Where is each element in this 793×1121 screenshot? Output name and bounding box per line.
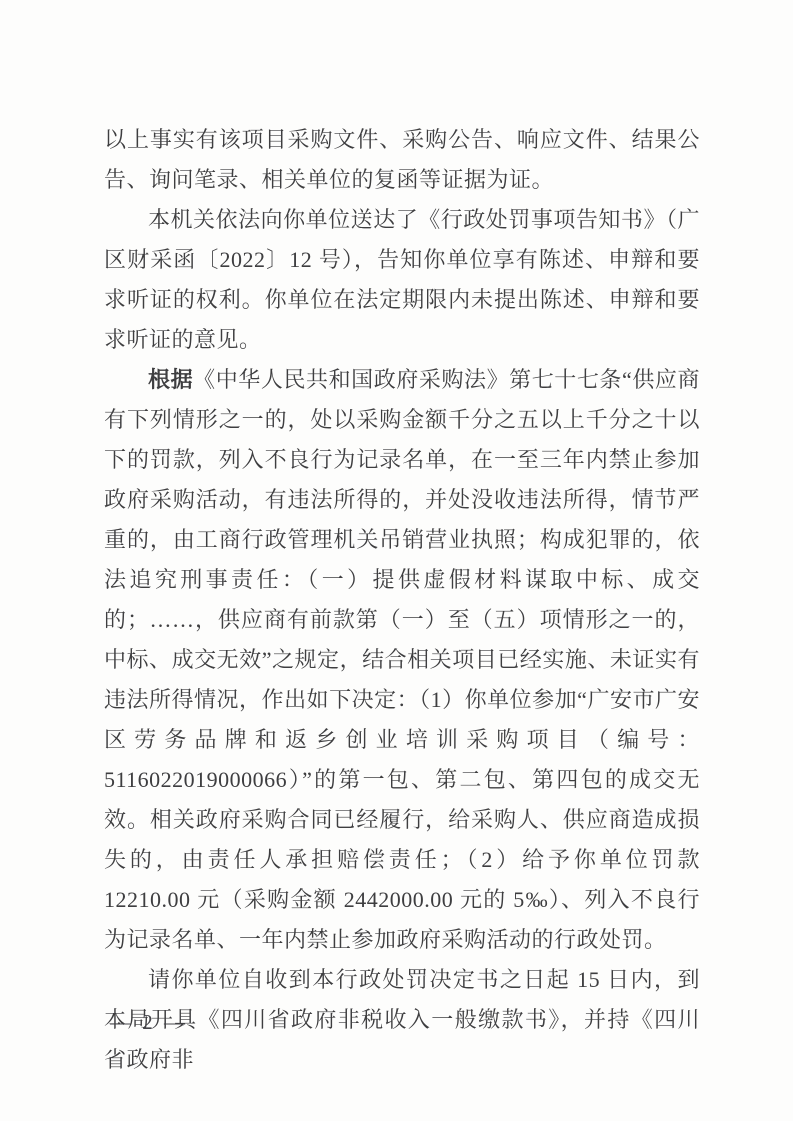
paragraph-decision-lead: 根据 (148, 367, 193, 392)
paragraph-payment-instruction: 请你单位自收到本行政处罚决定书之日起 15 日内，到本局开具《四川省政府非税收入… (104, 960, 700, 1080)
paragraph-decision: 根据《中华人民共和国政府采购法》第七十七条“供应商有下列情形之一的，处以采购金额… (104, 360, 700, 960)
paragraph-evidence: 以上事实有该项目采购文件、采购公告、响应文件、结果公告、询问笔录、相关单位的复函… (104, 120, 700, 200)
paragraph-notification: 本机关依法向你单位送达了《行政处罚事项告知书》（广区财采函〔2022〕12 号）… (104, 200, 700, 360)
document-page: 以上事实有该项目采购文件、采购公告、响应文件、结果公告、询问笔录、相关单位的复函… (0, 0, 793, 1121)
page-number: — 2 — (110, 1002, 188, 1042)
paragraph-decision-text: 《中华人民共和国政府采购法》第七十七条“供应商有下列情形之一的，处以采购金额千分… (104, 367, 700, 952)
document-body: 以上事实有该项目采购文件、采购公告、响应文件、结果公告、询问笔录、相关单位的复函… (104, 120, 700, 1080)
